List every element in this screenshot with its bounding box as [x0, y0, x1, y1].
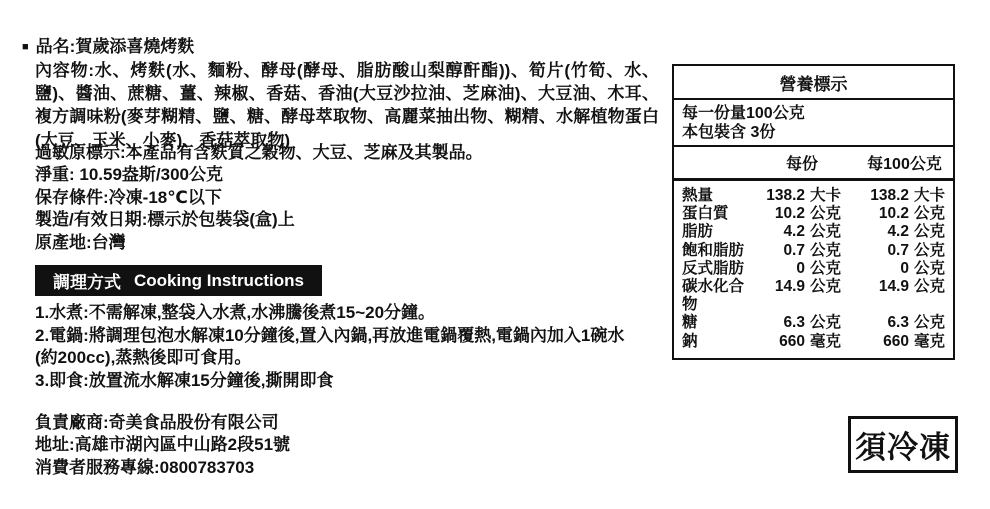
nutrition-row: 飽和脂肪 0.7 公克 0.7 公克 — [682, 242, 949, 260]
nutrient-label: 脂肪 — [682, 223, 752, 241]
nutrition-rows: 熱量 138.2 大卡 138.2 大卡 蛋白質 10.2 公克 10.2 公克… — [674, 181, 953, 358]
product-name-row: ■品名:賀歲添喜燒烤麩 — [22, 36, 194, 58]
nutrient-unit-per-100g: 公克 — [914, 205, 957, 223]
product-info-line: 製造/有效日期:標示於包裝袋(盒)上 — [35, 209, 659, 231]
nutrient-value-per-100g: 4.2 — [852, 223, 914, 241]
nutrient-value-per-serving: 10.2 — [752, 205, 810, 223]
nutrient-unit-per-100g: 公克 — [914, 242, 957, 260]
spacer — [682, 151, 752, 174]
nutrition-facts-table: 營養標示 每一份量100公克 本包裝含 3份 每份 每100公克 熱量 138.… — [672, 64, 955, 360]
product-name: 品名:賀歲添喜燒烤麩 — [36, 37, 195, 56]
nutrient-unit-per-serving: 毫克 — [810, 333, 852, 351]
nutrient-value-per-100g: 0 — [852, 260, 914, 278]
keep-frozen-stamp: 須冷凍 — [848, 416, 958, 473]
product-info-line: 淨重: 10.59盎斯/300公克 — [35, 164, 659, 186]
nutrient-unit-per-100g: 公克 — [914, 223, 957, 241]
nutrient-label: 碳水化合物 — [682, 278, 752, 314]
product-info-line: 保存條件:冷凍-18℃以下 — [35, 187, 659, 209]
nutrient-unit-per-100g: 公克 — [914, 314, 957, 332]
company-info-line: 消費者服務專線:0800783703 — [35, 457, 535, 479]
square-bullet-icon: ■ — [22, 36, 29, 58]
nutrient-label: 反式脂肪 — [682, 260, 752, 278]
column-per-serving: 每份 — [752, 151, 852, 174]
cooking-step-line: 2.電鍋:將調理包泡水解凍10分鐘後,置入內鍋,再放進電鍋覆熱,電鍋內加入1碗水 — [35, 325, 663, 348]
company-info-lines: 負責廠商:奇美食品股份有限公司 地址:高雄市湖內區中山路2段51號 消費者服務專… — [35, 412, 535, 479]
nutrient-unit-per-serving: 公克 — [810, 314, 852, 332]
cooking-title-en: Cooking Instructions — [134, 271, 304, 291]
column-per-100g: 每100公克 — [852, 151, 957, 174]
nutrient-label: 糖 — [682, 314, 752, 332]
nutrient-value-per-100g: 6.3 — [852, 314, 914, 332]
nutrition-serving-info: 每一份量100公克 本包裝含 3份 — [674, 100, 953, 147]
cooking-step-line: 1.水煮:不需解凍,整袋入水煮,水沸騰後煮15~20分鐘。 — [35, 302, 663, 325]
nutrient-value-per-100g: 10.2 — [852, 205, 914, 223]
nutrition-column-header: 每份 每100公克 — [674, 147, 953, 181]
nutrient-unit-per-serving: 大卡 — [810, 187, 852, 205]
ingredients-text: 內容物:水、烤麩(水、麵粉、酵母(酵母、脂肪酸山梨醇酐酯))、筍片(竹筍、水、鹽… — [35, 59, 659, 152]
nutrient-label: 熱量 — [682, 187, 752, 205]
nutrient-unit-per-100g: 大卡 — [914, 187, 957, 205]
nutrient-value-per-serving: 14.9 — [752, 278, 810, 314]
nutrient-unit-per-serving: 公克 — [810, 278, 852, 314]
nutrient-label: 鈉 — [682, 333, 752, 351]
nutrient-label: 飽和脂肪 — [682, 242, 752, 260]
nutrition-title: 營養標示 — [674, 66, 953, 100]
nutrient-unit-per-100g: 公克 — [914, 278, 957, 314]
nutrient-unit-per-serving: 公克 — [810, 223, 852, 241]
product-info-line: 過敏原標示:本產品有含麩質之穀物、大豆、芝麻及其製品。 — [35, 142, 659, 164]
nutrient-unit-per-serving: 公克 — [810, 205, 852, 223]
servings-per-pack: 本包裝含 3份 — [682, 123, 945, 142]
nutrition-row: 脂肪 4.2 公克 4.2 公克 — [682, 223, 949, 241]
company-info-line: 負責廠商:奇美食品股份有限公司 — [35, 412, 535, 434]
nutrient-value-per-100g: 138.2 — [852, 187, 914, 205]
cooking-steps: 1.水煮:不需解凍,整袋入水煮,水沸騰後煮15~20分鐘。 2.電鍋:將調理包泡… — [35, 302, 663, 393]
nutrient-value-per-100g: 660 — [852, 333, 914, 351]
nutrient-value-per-serving: 138.2 — [752, 187, 810, 205]
product-info-line: 原產地:台灣 — [35, 232, 659, 254]
nutrient-unit-per-100g: 公克 — [914, 260, 957, 278]
nutrient-value-per-serving: 660 — [752, 333, 810, 351]
nutrient-value-per-100g: 14.9 — [852, 278, 914, 314]
cooking-title-zh: 調理方式 — [53, 268, 121, 293]
nutrient-value-per-serving: 0.7 — [752, 242, 810, 260]
product-label-sheet: ■品名:賀歲添喜燒烤麩 內容物:水、烤麩(水、麵粉、酵母(酵母、脂肪酸山梨醇酐酯… — [0, 0, 990, 509]
nutrition-row: 鈉 660 毫克 660 毫克 — [682, 333, 949, 351]
nutrition-row: 碳水化合物 14.9 公克 14.9 公克 — [682, 278, 949, 314]
nutrition-row: 熱量 138.2 大卡 138.2 大卡 — [682, 187, 949, 205]
nutrition-row: 蛋白質 10.2 公克 10.2 公克 — [682, 205, 949, 223]
nutrient-value-per-serving: 4.2 — [752, 223, 810, 241]
cooking-step-line: (約200cc),蒸熱後即可食用。 — [35, 347, 663, 370]
cooking-instructions-banner: 調理方式 Cooking Instructions — [35, 265, 322, 296]
nutrient-label: 蛋白質 — [682, 205, 752, 223]
serving-size: 每一份量100公克 — [682, 104, 945, 123]
nutrition-row: 糖 6.3 公克 6.3 公克 — [682, 314, 949, 332]
nutrient-unit-per-serving: 公克 — [810, 260, 852, 278]
product-info-lines: 過敏原標示:本產品有含麩質之穀物、大豆、芝麻及其製品。 淨重: 10.59盎斯/… — [35, 142, 659, 254]
company-info-line: 地址:高雄市湖內區中山路2段51號 — [35, 434, 535, 456]
nutrient-unit-per-100g: 毫克 — [914, 333, 957, 351]
nutrient-unit-per-serving: 公克 — [810, 242, 852, 260]
nutrient-value-per-serving: 0 — [752, 260, 810, 278]
nutrient-value-per-100g: 0.7 — [852, 242, 914, 260]
nutrient-value-per-serving: 6.3 — [752, 314, 810, 332]
nutrition-row: 反式脂肪 0 公克 0 公克 — [682, 260, 949, 278]
cooking-step-line: 3.即食:放置流水解凍15分鐘後,撕開即食 — [35, 370, 663, 393]
